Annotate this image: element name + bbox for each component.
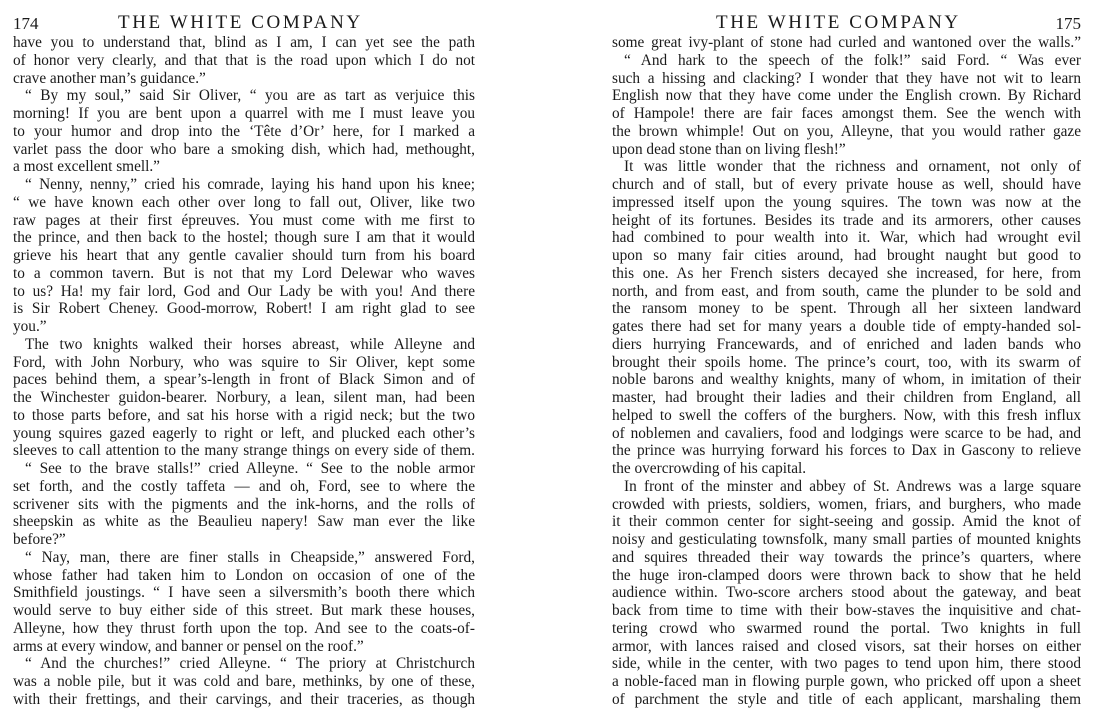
text-line: sheepskin as white as the Beaulieu naper… xyxy=(13,513,475,531)
text-line: noisy and gesticulating townsfolk, many … xyxy=(612,531,1081,549)
text-line: “ By my soul,” said Sir Oliver, “ you ar… xyxy=(13,87,475,105)
text-line: “ Nay, man, there are finer stalls in Ch… xyxy=(13,549,475,567)
text-line: sleeves to call attention to the many st… xyxy=(13,442,475,460)
text-line: the huge iron-clamped doors were thrown … xyxy=(612,567,1081,585)
text-line: side, while in the center, with two page… xyxy=(612,655,1081,673)
text-line: helped to swell the coffers of the burgh… xyxy=(612,407,1081,425)
text-line: The two knights walked their horses abre… xyxy=(13,336,475,354)
text-line: of Hampole! there are fair faces amongst… xyxy=(612,105,1081,123)
text-line: upon dead stone than on living flesh!” xyxy=(612,141,1081,159)
page-number: 175 xyxy=(1056,14,1082,34)
text-line: whose father had taken him to London on … xyxy=(13,567,475,585)
text-line: paces behind them, a spear’s-length in f… xyxy=(13,371,475,389)
text-line: set forth, and the costly taffeta — and … xyxy=(13,478,475,496)
text-line: of parchment the style and title of each… xyxy=(612,691,1081,709)
page-header: THE WHITE COMPANY 175 xyxy=(612,0,1081,32)
text-line: It was little wonder that the richness a… xyxy=(612,158,1081,176)
text-line: had combined to pour wealth into it. War… xyxy=(612,229,1081,247)
text-line: “ And hark to the speech of the folk!” s… xyxy=(612,52,1081,70)
running-head: THE WHITE COMPANY xyxy=(716,12,961,34)
text-line: master, had brought their ladies and the… xyxy=(612,389,1081,407)
text-line: audience within. Two-score archers stood… xyxy=(612,584,1081,602)
text-line: is Sir Robert Cheney. Good-morrow, Rober… xyxy=(13,300,475,318)
text-line: upon so many fair cities around, had bro… xyxy=(612,247,1081,265)
text-line: the brown whimple! Out on you, Alleyne, … xyxy=(612,123,1081,141)
text-line: “ we have known each other over long to … xyxy=(13,194,475,212)
text-line: raw pages at their first épreuves. You m… xyxy=(13,212,475,230)
text-line: to us? Ha! my fair lord, God and Our Lad… xyxy=(13,283,475,301)
text-line: crave another man’s guidance.” xyxy=(13,70,475,88)
text-line: of noblemen and cavaliers, food and lodg… xyxy=(612,425,1081,443)
text-line: crowded with priests, soldiers, women, f… xyxy=(612,496,1081,514)
text-line: a most excellent smell.” xyxy=(13,158,475,176)
text-line: grieve his heart that any gentle cavalie… xyxy=(13,247,475,265)
text-line: the prince, and then back to the hostel;… xyxy=(13,229,475,247)
text-line: to those parts before, and sat his horse… xyxy=(13,407,475,425)
text-line: Smithfield joustings. “ I have seen a si… xyxy=(13,584,475,602)
text-line: Alleyne, how they thrust forth upon the … xyxy=(13,620,475,638)
text-line: before?” xyxy=(13,531,475,549)
text-line: have you to understand that, blind as I … xyxy=(13,34,475,52)
page-body: some great ivy-plant of stone had curled… xyxy=(612,34,1081,709)
text-line: some great ivy-plant of stone had curled… xyxy=(612,34,1081,52)
text-line: scrivener sits with the pigments and the… xyxy=(13,496,475,514)
text-line: the ransom money to be spent. Through al… xyxy=(612,300,1081,318)
text-line: armor, with lances raised and closed vis… xyxy=(612,638,1081,656)
text-line: “ See to the brave stalls!” cried Alleyn… xyxy=(13,460,475,478)
text-line: with their frettings, and their carvings… xyxy=(13,691,475,709)
text-line: such a hissing and clacking? I wonder th… xyxy=(612,70,1081,88)
text-line: the Winchester guidon-bearer. Norbury, a… xyxy=(13,389,475,407)
left-page: 174 THE WHITE COMPANY have you to unders… xyxy=(13,0,475,709)
text-line: the overcrowding of his capital. xyxy=(612,460,1081,478)
text-line: diers hurrying Francewards, and of enric… xyxy=(612,336,1081,354)
text-line: tering crowd who swarmed round the porta… xyxy=(612,620,1081,638)
text-line: In front of the minster and abbey of St.… xyxy=(612,478,1081,496)
text-line: Ford, with John Norbury, who was squire … xyxy=(13,354,475,372)
text-line: a noble-faced man in flowing purple gown… xyxy=(612,673,1081,691)
text-line: the prince was hurrying forward his forc… xyxy=(612,442,1081,460)
text-line: noble barons and wealthy knights, many o… xyxy=(612,371,1081,389)
running-head: THE WHITE COMPANY xyxy=(118,12,363,34)
text-line: to your humor and drop into the ‘Tête d’… xyxy=(13,123,475,141)
text-line: of honor very clearly, and that that is … xyxy=(13,52,475,70)
text-line: varlet pass the door who bare a smoking … xyxy=(13,141,475,159)
text-line: north, and from east, and from south, ca… xyxy=(612,283,1081,301)
text-line: back from time to time with their bow-st… xyxy=(612,602,1081,620)
text-line: brought their spoils home. The prince’s … xyxy=(612,354,1081,372)
text-line: would serve to buy either side of this s… xyxy=(13,602,475,620)
text-line: church and of stall, but of every privat… xyxy=(612,176,1081,194)
text-line: “ Nenny, nenny,” cried his comrade, layi… xyxy=(13,176,475,194)
text-line: height of its fortunes. Besides its trad… xyxy=(612,212,1081,230)
text-line: and squires threaded their way towards t… xyxy=(612,549,1081,567)
text-line: it their common center for sight-seeing … xyxy=(612,513,1081,531)
text-line: young squires gazed eagerly to right or … xyxy=(13,425,475,443)
text-line: English now that they have come under th… xyxy=(612,87,1081,105)
text-line: you.” xyxy=(13,318,475,336)
page-header: 174 THE WHITE COMPANY xyxy=(13,0,475,32)
page-body: have you to understand that, blind as I … xyxy=(13,34,475,709)
right-page: THE WHITE COMPANY 175 some great ivy-pla… xyxy=(612,0,1081,709)
text-line: “ And the churches!” cried Alleyne. “ Th… xyxy=(13,655,475,673)
text-line: was a noble pile, but it was cold and ba… xyxy=(13,673,475,691)
text-line: morning! If you are bent upon a quarrel … xyxy=(13,105,475,123)
text-line: arms at every window, and banner or pens… xyxy=(13,638,475,656)
text-line: this one. As her French sisters decayed … xyxy=(612,265,1081,283)
text-line: to a common tavern. But is not that my L… xyxy=(13,265,475,283)
text-line: gates there had set for many years a dou… xyxy=(612,318,1081,336)
page-number: 174 xyxy=(13,14,39,34)
text-line: impressed itself upon the young squires.… xyxy=(612,194,1081,212)
